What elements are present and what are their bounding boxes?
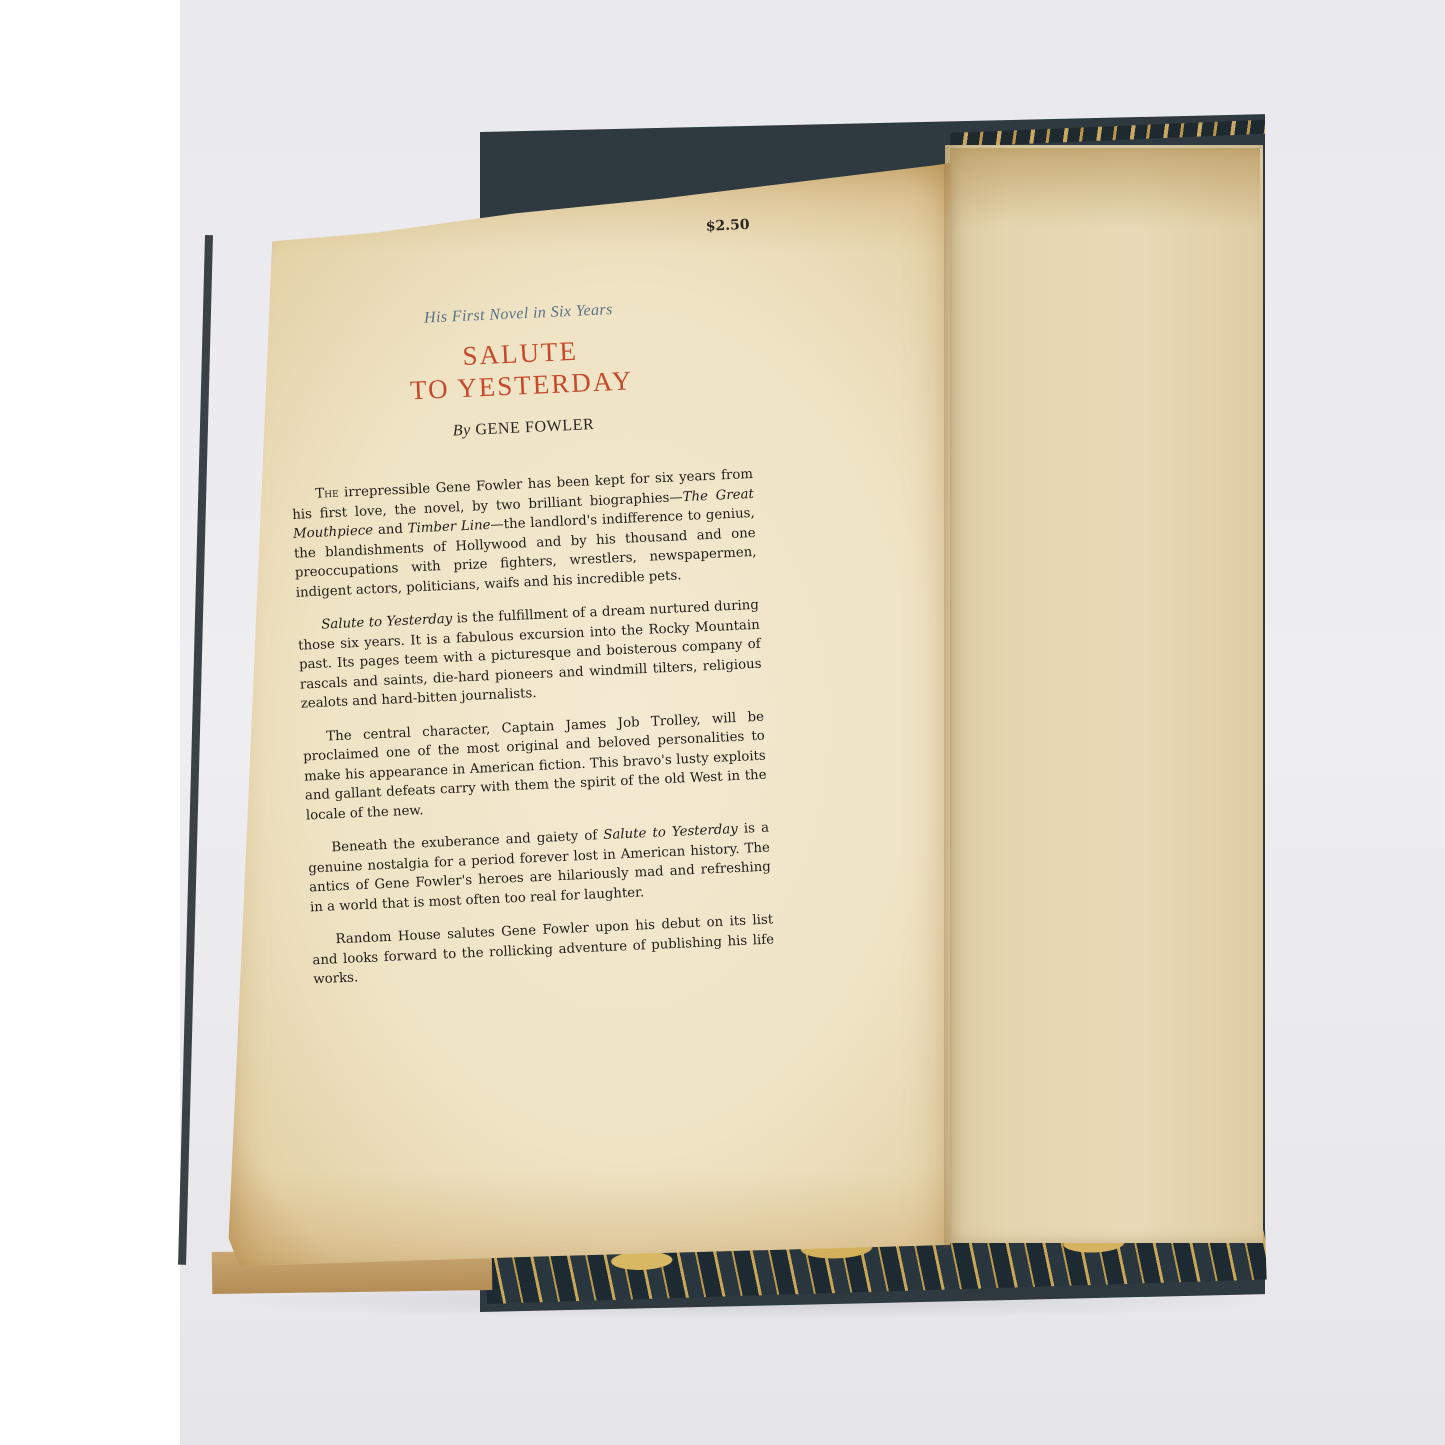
price-label: $2.50 xyxy=(705,217,750,235)
endpaper-page xyxy=(945,145,1263,1243)
blurb-paragraph: The irrepressible Gene Fowler has been k… xyxy=(291,465,758,603)
byline-prefix: By xyxy=(452,422,471,440)
text-run: The central character, Captain James Job… xyxy=(303,709,767,823)
flap-shadow xyxy=(944,163,952,1248)
text-run: and xyxy=(373,522,408,539)
lead-smallcaps: The xyxy=(315,486,339,502)
blurb-paragraph: Random House salutes Gene Fowler upon hi… xyxy=(311,910,775,989)
blurb-body: The irrepressible Gene Fowler has been k… xyxy=(291,465,776,1004)
author-name: GENE FOWLER xyxy=(475,416,595,438)
endpaper-stain xyxy=(950,148,1260,228)
text-run: Random House salutes Gene Fowler upon hi… xyxy=(312,912,774,987)
italic-title-ref: Salute to Yesterday xyxy=(603,822,738,843)
byline: By GENE FOWLER xyxy=(278,408,768,448)
blurb-paragraph: Salute to Yesterday is the fulfillment o… xyxy=(297,596,763,714)
tagline: His First Novel in Six Years xyxy=(273,294,763,334)
text-run: —the landlord's indifference to genius, … xyxy=(294,506,757,600)
blurb-paragraph: Beneath the exuberance and gaiety of Sal… xyxy=(307,819,772,918)
italic-title-ref: Salute to Yesterday xyxy=(321,612,453,633)
blurb-paragraph: The central character, Captain James Job… xyxy=(302,707,768,825)
book-title: SALUTE TO YESTERDAY xyxy=(275,326,767,412)
flap-text: $2.50 His First Novel in Six Years SALUT… xyxy=(269,194,802,1165)
italic-title-ref: Timber Line xyxy=(407,518,490,537)
